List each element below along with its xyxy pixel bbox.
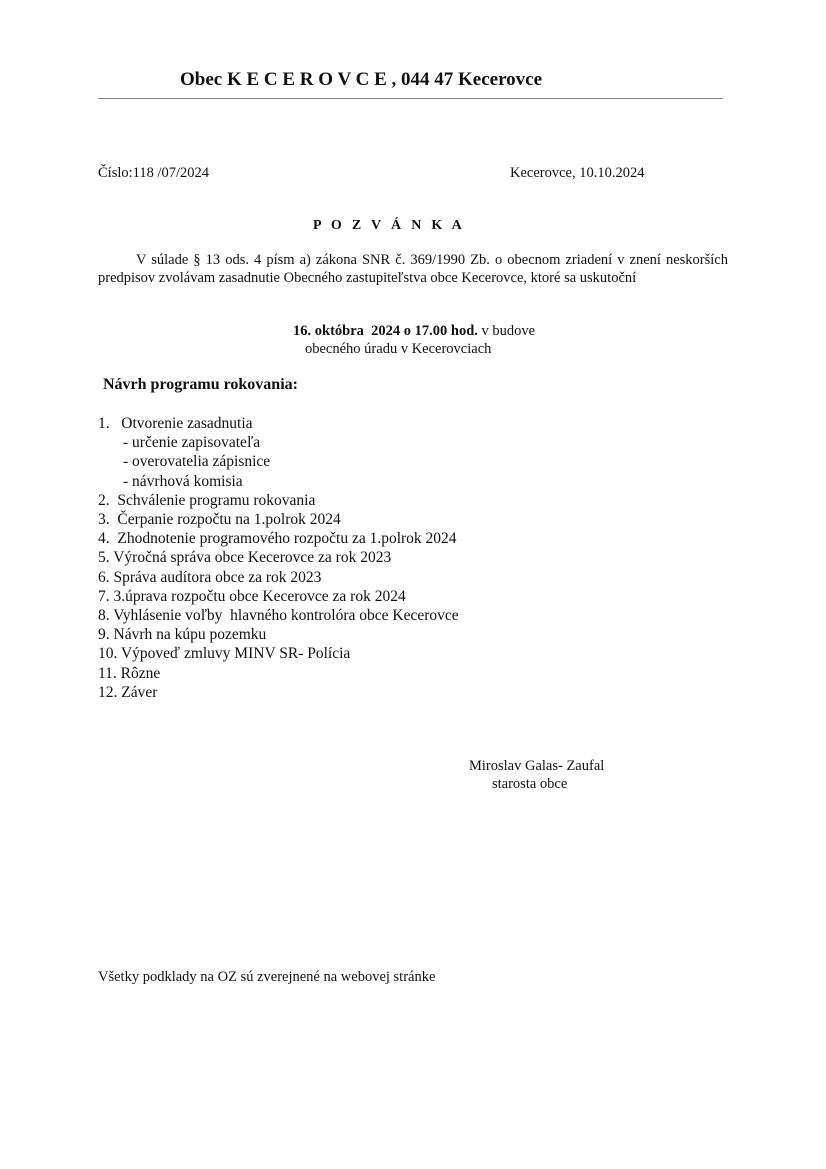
- agenda-subitem: - určenie zapisovateľa: [98, 433, 459, 452]
- agenda-item: 5. Výročná správa obce Kecerovce za rok …: [98, 548, 459, 567]
- agenda-item: 7. 3.úprava rozpočtu obce Kecerovce za r…: [98, 587, 459, 606]
- agenda-item: 4. Zhodnotenie programového rozpočtu za …: [98, 529, 459, 548]
- place-and-date: Kecerovce, 10.10.2024: [510, 165, 644, 182]
- meeting-location: obecného úradu v Kecerovciach: [305, 341, 491, 358]
- program-heading: Návrh programu rokovania:: [103, 376, 298, 394]
- agenda-item: 11. Rôzne: [98, 664, 459, 683]
- agenda-item: 8. Vyhlásenie voľby hlavného kontrolóra …: [98, 606, 459, 625]
- signatory-role: starosta obce: [492, 776, 567, 793]
- intro-paragraph: V súlade § 13 ods. 4 písm a) zákona SNR …: [98, 251, 728, 287]
- agenda-item: 12. Záver: [98, 683, 459, 702]
- meeting-datetime: 16. októbra 2024 o 17.00 hod. v budove: [293, 323, 535, 340]
- agenda-subitem: - návrhová komisia: [98, 472, 459, 491]
- agenda-item: 3. Čerpanie rozpočtu na 1.polrok 2024: [98, 510, 459, 529]
- intro-text: V súlade § 13 ods. 4 písm a) zákona SNR …: [98, 252, 728, 286]
- meeting-location-part1: v budove: [478, 323, 535, 339]
- agenda-item: 6. Správa audítora obce za rok 2023: [98, 568, 459, 587]
- reference-number: Číslo:118 /07/2024: [98, 165, 209, 182]
- agenda-item: 9. Návrh na kúpu pozemku: [98, 625, 459, 644]
- agenda-item: 2. Schválenie programu rokovania: [98, 491, 459, 510]
- footer-note: Všetky podklady na OZ sú zverejnené na w…: [98, 969, 435, 986]
- meeting-date-time: 16. októbra 2024 o 17.00 hod.: [293, 323, 478, 339]
- agenda-item: 1. Otvorenie zasadnutia: [98, 414, 459, 433]
- municipality-header: Obec K E C E R O V C E , 044 47 Kecerovc…: [180, 69, 542, 91]
- signatory-name: Miroslav Galas- Zaufal: [469, 758, 604, 775]
- document-title: P O Z V Á N K A: [313, 218, 465, 234]
- agenda-subitem: - overovatelia zápisnice: [98, 452, 459, 471]
- header-divider: [98, 98, 723, 99]
- agenda-item: 10. Výpoveď zmluvy MINV SR- Polícia: [98, 644, 459, 663]
- agenda-list: 1. Otvorenie zasadnutia- určenie zapisov…: [98, 414, 459, 702]
